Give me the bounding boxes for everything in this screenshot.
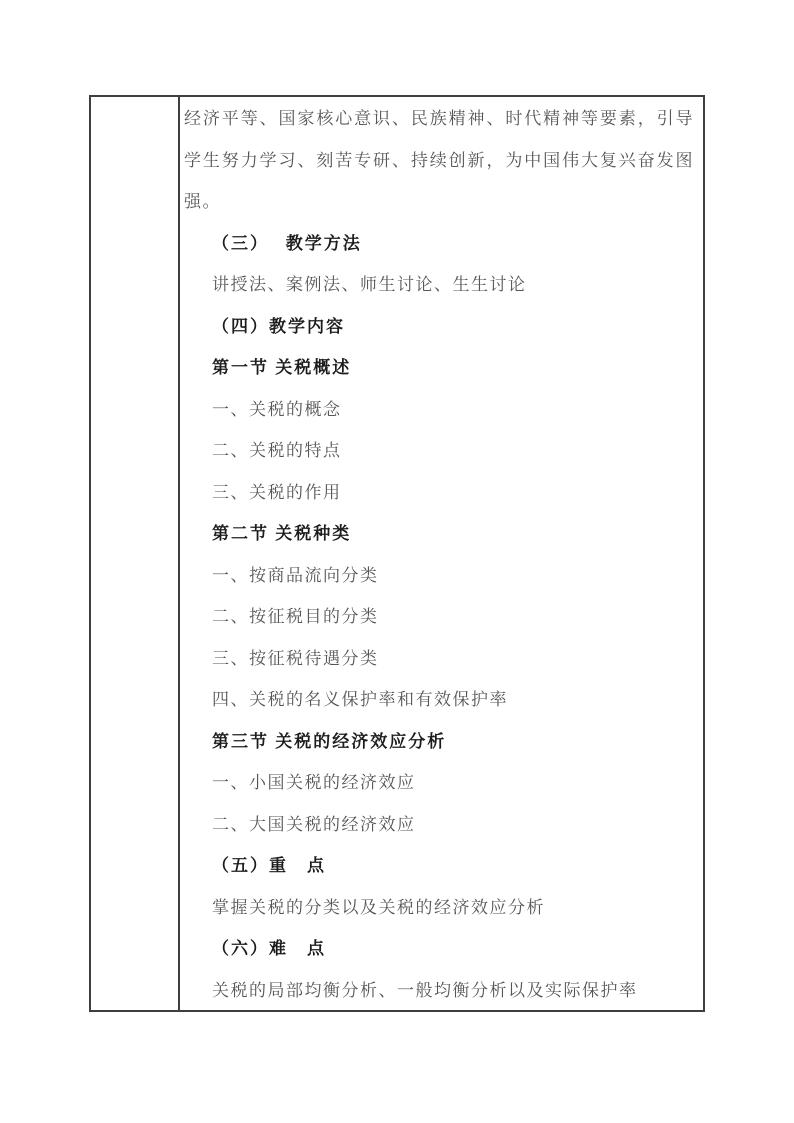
text-line: 强。 (184, 181, 694, 223)
text-line: 讲授法、案例法、师生讨论、生生讨论 (184, 264, 694, 306)
text-line: 第三节 关税的经济效应分析 (184, 721, 694, 763)
table-left-cell (91, 97, 180, 1010)
text-line: 第二节 关税种类 (184, 513, 694, 555)
text-line: 二、关税的特点 (184, 430, 694, 472)
text-line: 关税的局部均衡分析、一般均衡分析以及实际保护率 (184, 970, 694, 1011)
page: { "page": { "background_color": "#ffffff… (0, 0, 794, 1123)
text-line: 掌握关税的分类以及关税的经济效应分析 (184, 887, 694, 929)
text-line: （五）重 点 (184, 845, 694, 887)
text-line: 经济平等、国家核心意识、民族精神、时代精神等要素，引导 (184, 98, 694, 140)
text-line: 二、按征税目的分类 (184, 596, 694, 638)
text-line: （六）难 点 (184, 928, 694, 970)
text-line: 一、按商品流向分类 (184, 555, 694, 597)
text-line: 四、关税的名义保护率和有效保护率 (184, 679, 694, 721)
text-line: （四）教学内容 (184, 306, 694, 348)
text-line: 二、大国关税的经济效应 (184, 804, 694, 846)
text-line: 三、关税的作用 (184, 472, 694, 514)
text-line: 三、按征税待遇分类 (184, 638, 694, 680)
text-line: （三） 教学方法 (184, 223, 694, 265)
text-line: 第一节 关税概述 (184, 347, 694, 389)
text-line: 一、关税的概念 (184, 389, 694, 431)
syllabus-table: 经济平等、国家核心意识、民族精神、时代精神等要素，引导学生努力学习、刻苦专研、持… (89, 95, 705, 1012)
text-line: 学生努力学习、刻苦专研、持续创新，为中国伟大复兴奋发图 (184, 140, 694, 182)
text-line: 一、小国关税的经济效应 (184, 762, 694, 804)
table-right-cell: 经济平等、国家核心意识、民族精神、时代精神等要素，引导学生努力学习、刻苦专研、持… (180, 97, 703, 1010)
